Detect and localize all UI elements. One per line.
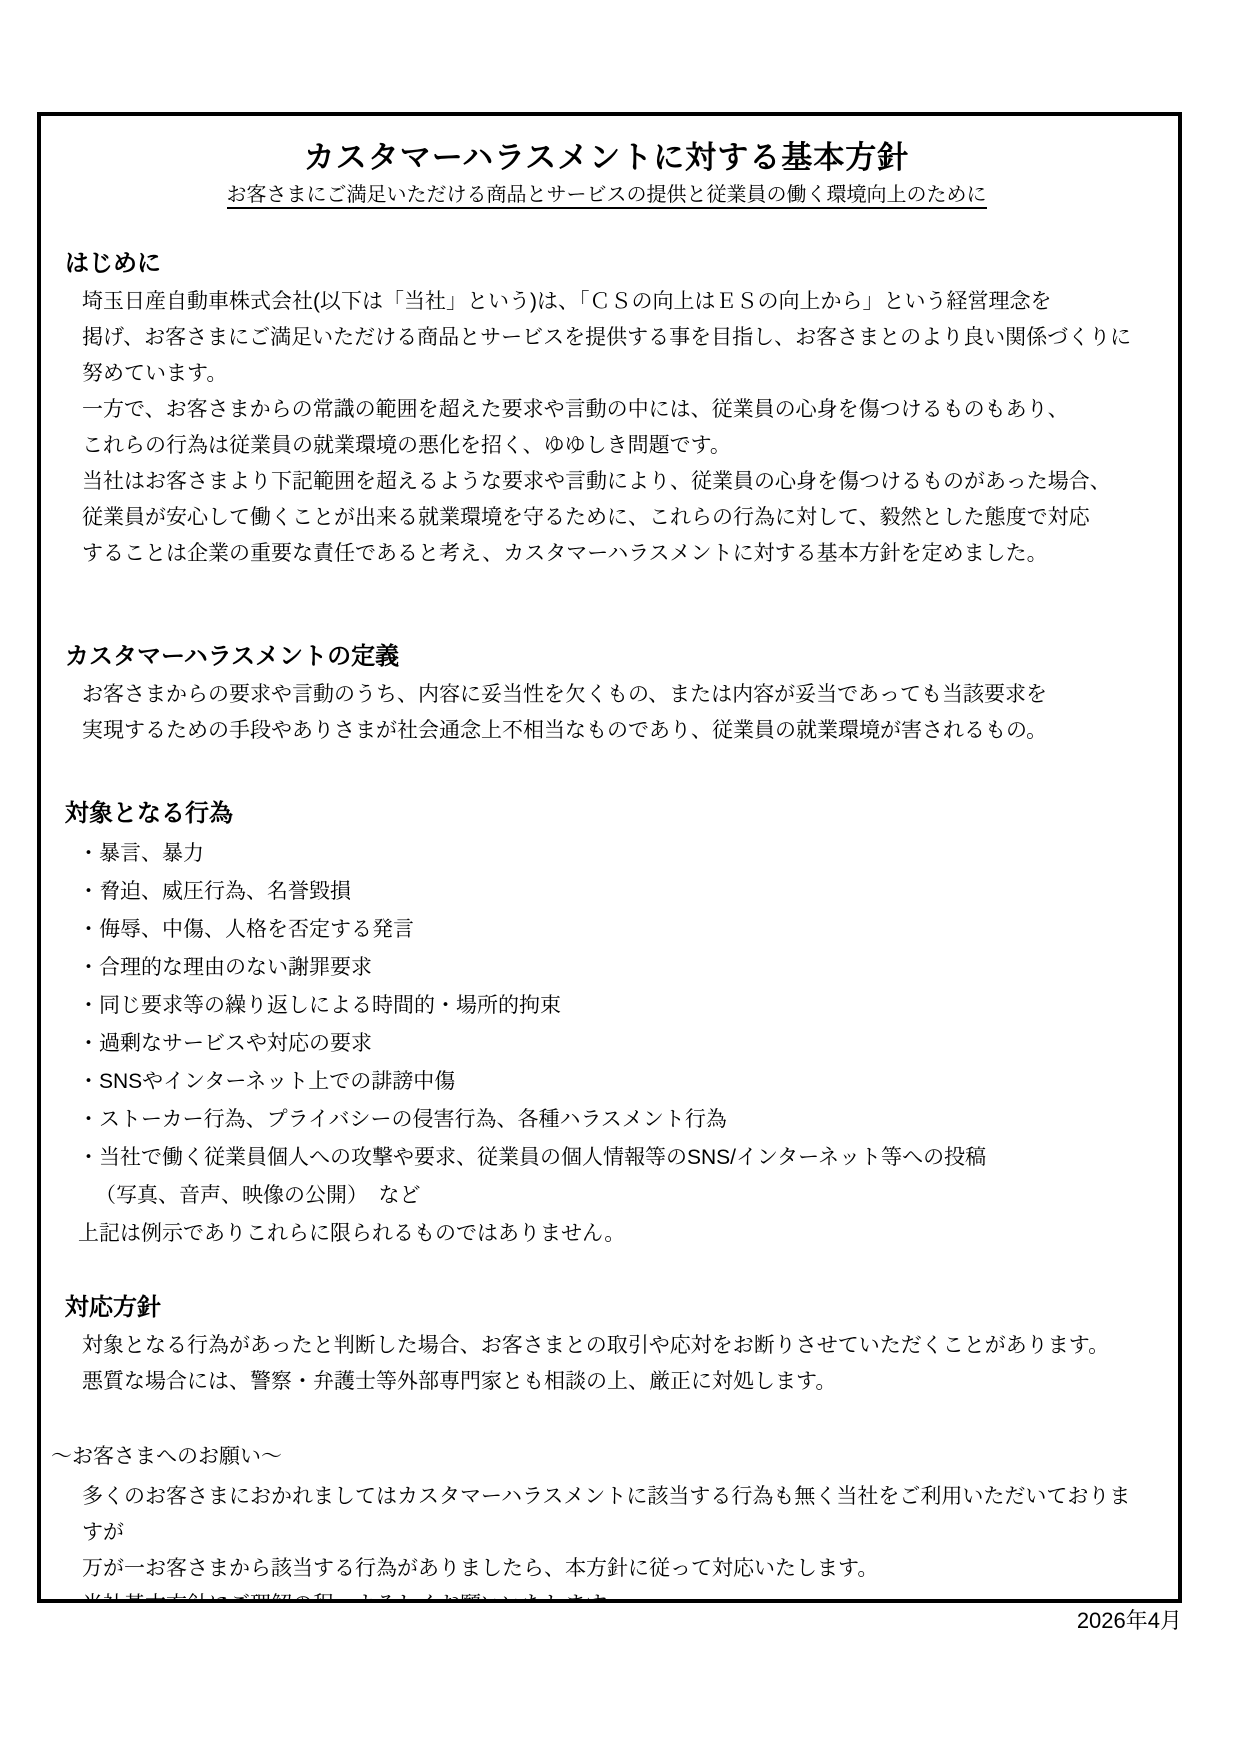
document-date: 2026年4月 [37, 1606, 1182, 1636]
target-actions-list: ・暴言、暴力・脅迫、威圧行為、名誉毀損・侮辱、中傷、人格を否定する発言・合理的な… [78, 835, 1148, 1177]
intro-paragraph: 埼玉日産自動車株式会社(以下は「当社」という)は、「ＣＳの向上はＥＳの向上から」… [82, 284, 1148, 572]
response-policy-paragraph: 対象となる行為があったと判断した場合、お客さまとの取引や応対をお断りさせていただ… [82, 1328, 1148, 1400]
target-action-item: ・ストーカー行為、プライバシーの侵害行為、各種ハラスメント行為 [78, 1101, 1148, 1139]
request-heading: ～お客さまへのお願い～ [51, 1440, 1148, 1474]
section-heading-intro: はじめに [65, 249, 1148, 279]
target-action-item: ・暴言、暴力 [78, 835, 1148, 873]
section-heading-target-actions: 対象となる行為 [65, 799, 1148, 829]
request-text-line: 万が一お客さまから該当する行為がありましたら、本方針に従って対応いたします。 [82, 1551, 1148, 1587]
document-subtitle-row: お客さまにご満足いただける商品とサービスの提供と従業員の働く環境向上のために [65, 181, 1148, 211]
section-definition: カスタマーハラスメントの定義 お客さまからの要求や言動のうち、内容に妥当性を欠く… [65, 642, 1148, 749]
policy-document-frame: カスタマーハラスメントに対する基本方針 お客さまにご満足いただける商品とサービス… [37, 112, 1182, 1603]
request-text-line: 多くのお客さまにおかれましてはカスタマーハラスメントに該当する行為も無く当社をご… [82, 1479, 1148, 1551]
intro-text-line: 一方で、お客さまからの常識の範囲を超えた要求や言動の中には、従業員の心身を傷つけ… [82, 392, 1148, 428]
request-paragraph: 多くのお客さまにおかれましてはカスタマーハラスメントに該当する行為も無く当社をご… [82, 1479, 1148, 1603]
section-response-policy: 対応方針 対象となる行為があったと判断した場合、お客さまとの取引や応対をお断りさ… [65, 1293, 1148, 1400]
definition-text-line: 実現するための手段やありさまが社会通念上不相当なものであり、従業員の就業環境が害… [82, 713, 1148, 749]
section-target-actions: 対象となる行為 ・暴言、暴力・脅迫、威圧行為、名誉毀損・侮辱、中傷、人格を否定す… [65, 799, 1148, 1253]
intro-text-line: 掲げ、お客さまにご満足いただける商品とサービスを提供する事を目指し、お客さまとの… [82, 320, 1148, 356]
target-action-item: ・侮辱、中傷、人格を否定する発言 [78, 911, 1148, 949]
response-policy-text-line: 対象となる行為があったと判断した場合、お客さまとの取引や応対をお断りさせていただ… [82, 1328, 1148, 1364]
intro-text-line: これらの行為は従業員の就業環境の悪化を招く、ゆゆしき問題です。 [82, 428, 1148, 464]
target-actions-note: 上記は例示でありこれらに限られるものではありません。 [78, 1215, 1148, 1253]
target-action-item: ・同じ要求等の繰り返しによる時間的・場所的拘束 [78, 987, 1148, 1025]
section-heading-definition: カスタマーハラスメントの定義 [65, 642, 1148, 672]
request-text-line: 当社基本方針にご理解の程、よろしくお願いいたします。 [82, 1587, 1148, 1603]
intro-text-line: 当社はお客さまより下記範囲を超えるような要求や言動により、従業員の心身を傷つける… [82, 464, 1148, 500]
document-page: カスタマーハラスメントに対する基本方針 お客さまにご満足いただける商品とサービス… [0, 0, 1240, 1754]
target-action-continuation: （写真、音声、映像の公開） など [95, 1177, 1148, 1215]
intro-text-line: 努めています。 [82, 356, 1148, 392]
section-heading-response-policy: 対応方針 [65, 1293, 1148, 1323]
target-action-item: ・脅迫、威圧行為、名誉毀損 [78, 873, 1148, 911]
document-subtitle: お客さまにご満足いただける商品とサービスの提供と従業員の働く環境向上のために [227, 184, 987, 209]
intro-text-line: 埼玉日産自動車株式会社(以下は「当社」という)は、「ＣＳの向上はＥＳの向上から」… [82, 284, 1148, 320]
target-action-item: ・過剰なサービスや対応の要求 [78, 1025, 1148, 1063]
intro-text-line: することは企業の重要な責任であると考え、カスタマーハラスメントに対する基本方針を… [82, 536, 1148, 572]
target-action-item: ・合理的な理由のない謝罪要求 [78, 949, 1148, 987]
section-intro: はじめに 埼玉日産自動車株式会社(以下は「当社」という)は、「ＣＳの向上はＥＳの… [65, 249, 1148, 572]
definition-text-line: お客さまからの要求や言動のうち、内容に妥当性を欠くもの、または内容が妥当であって… [82, 677, 1148, 713]
definition-paragraph: お客さまからの要求や言動のうち、内容に妥当性を欠くもの、または内容が妥当であって… [82, 677, 1148, 749]
response-policy-text-line: 悪質な場合には、警察・弁護士等外部専門家とも相談の上、厳正に対処します。 [82, 1364, 1148, 1400]
target-action-item: ・当社で働く従業員個人への攻撃や要求、従業員の個人情報等のSNS/インターネット… [78, 1139, 1148, 1177]
document-title: カスタマーハラスメントに対する基本方針 [65, 138, 1148, 178]
section-customer-request: ～お客さまへのお願い～ 多くのお客さまにおかれましてはカスタマーハラスメントに該… [65, 1440, 1148, 1603]
target-action-item: ・SNSやインターネット上での誹謗中傷 [78, 1063, 1148, 1101]
intro-text-line: 従業員が安心して働くことが出来る就業環境を守るために、これらの行為に対して、毅然… [82, 500, 1148, 536]
